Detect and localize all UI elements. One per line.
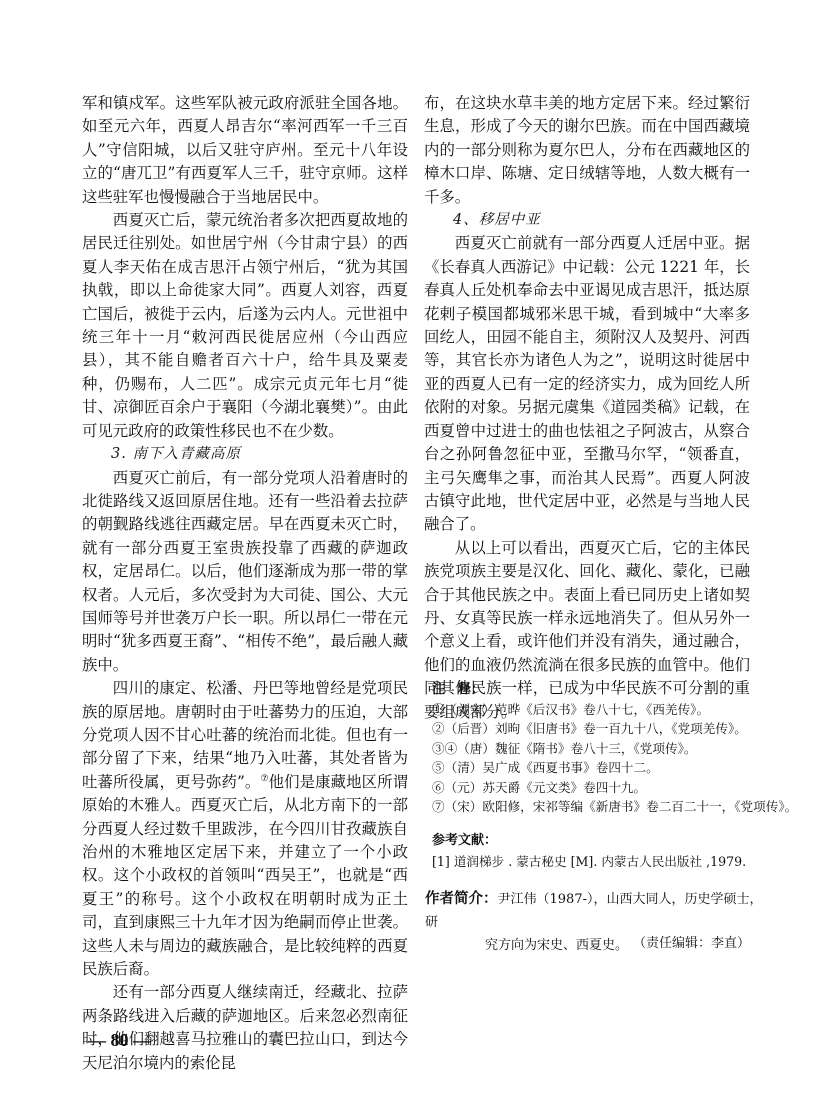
paragraph: 布，在这块水草丰美的地方定居下来。经过繁衍生息，形成了今天的谢尔巴族。而在中国西… <box>424 92 750 209</box>
author-bio-label: 作者简介： <box>425 891 498 907</box>
paragraph-text: 他们是康藏地区所谓原始的木雅人。西夏灭亡后，从北方南下的一部分西夏人经过数千里跋… <box>82 773 408 978</box>
section-heading: 4、移居中亚 <box>424 209 750 232</box>
paragraph: 军和镇戍军。这些军队被元政府派驻全国各地。如至元六年，西夏人昂吉尔“率河西军一千… <box>82 92 408 209</box>
paragraph: 西夏灭亡前就有一部分西夏人迁居中亚。据《长春真人西游记》中记载：公元 1221 … <box>424 232 750 536</box>
responsible-editor: （责任编辑：李直） <box>600 933 750 955</box>
references-section: 参考文献： [1] 道润梯步 . 蒙古秘史 [M]. 内蒙古人民出版社 ,197… <box>432 830 772 872</box>
note-item: ⑦（宋）欧阳修，宋祁等编《新唐书》卷二百二十一，《党项传》。 <box>432 797 772 817</box>
notes-heading: 注 释： <box>432 680 772 700</box>
paragraph: 还有一部分西夏人继续南迁，经藏北、拉萨两条路线进入后藏的萨迦地区。后来忽必烈南征… <box>82 981 408 1075</box>
references-heading: 参考文献： <box>432 830 772 851</box>
footnote-ref: ⑦ <box>260 774 268 784</box>
reference-item: [1] 道润梯步 . 蒙古秘史 [M]. 内蒙古人民出版社 ,1979. <box>432 851 772 872</box>
note-item: ①（刘宋）范晔《后汉书》卷八十七，《西羌传》。 <box>432 700 772 720</box>
note-item: ③④（唐）魏征《隋书》卷八十三，《党项传》。 <box>432 739 772 759</box>
notes-section: 注 释： ①（刘宋）范晔《后汉书》卷八十七，《西羌传》。 ②（后晋）刘昫《旧唐书… <box>432 680 772 817</box>
paragraph: 西夏灭亡后，蒙元统治者多次把西夏故地的居民迁往别处。如世居宁州（今甘肃宁县）的西… <box>82 209 408 443</box>
right-column: 布，在这块水草丰美的地方定居下来。经过繁衍生息，形成了今天的谢尔巴族。而在中国西… <box>424 92 750 724</box>
note-item: ⑥（元）苏天爵《元文类》卷四十九。 <box>432 778 772 798</box>
paragraph: 西夏灭亡前后，有一部分党项人沿着唐时的北徙路线又返回原居住地。还有一些沿着去拉萨… <box>82 467 408 678</box>
section-heading: 3. 南下入青藏高原 <box>82 443 408 466</box>
left-column: 军和镇戍军。这些军队被元政府派驻全国各地。如至元六年，西夏人昂吉尔“率河西军一千… <box>82 92 408 1075</box>
page-number: — 80 — <box>88 1030 151 1051</box>
note-item: ⑤（清）吴广成《西夏书事》卷四十二。 <box>432 758 772 778</box>
paragraph: 四川的康定、松潘、丹巴等地曾经是党项民族的原居地。唐朝时由于吐蕃势力的压迫，大部… <box>82 677 408 981</box>
note-item: ②（后晋）刘昫《旧唐书》卷一百九十八，《党项羌传》。 <box>432 719 772 739</box>
